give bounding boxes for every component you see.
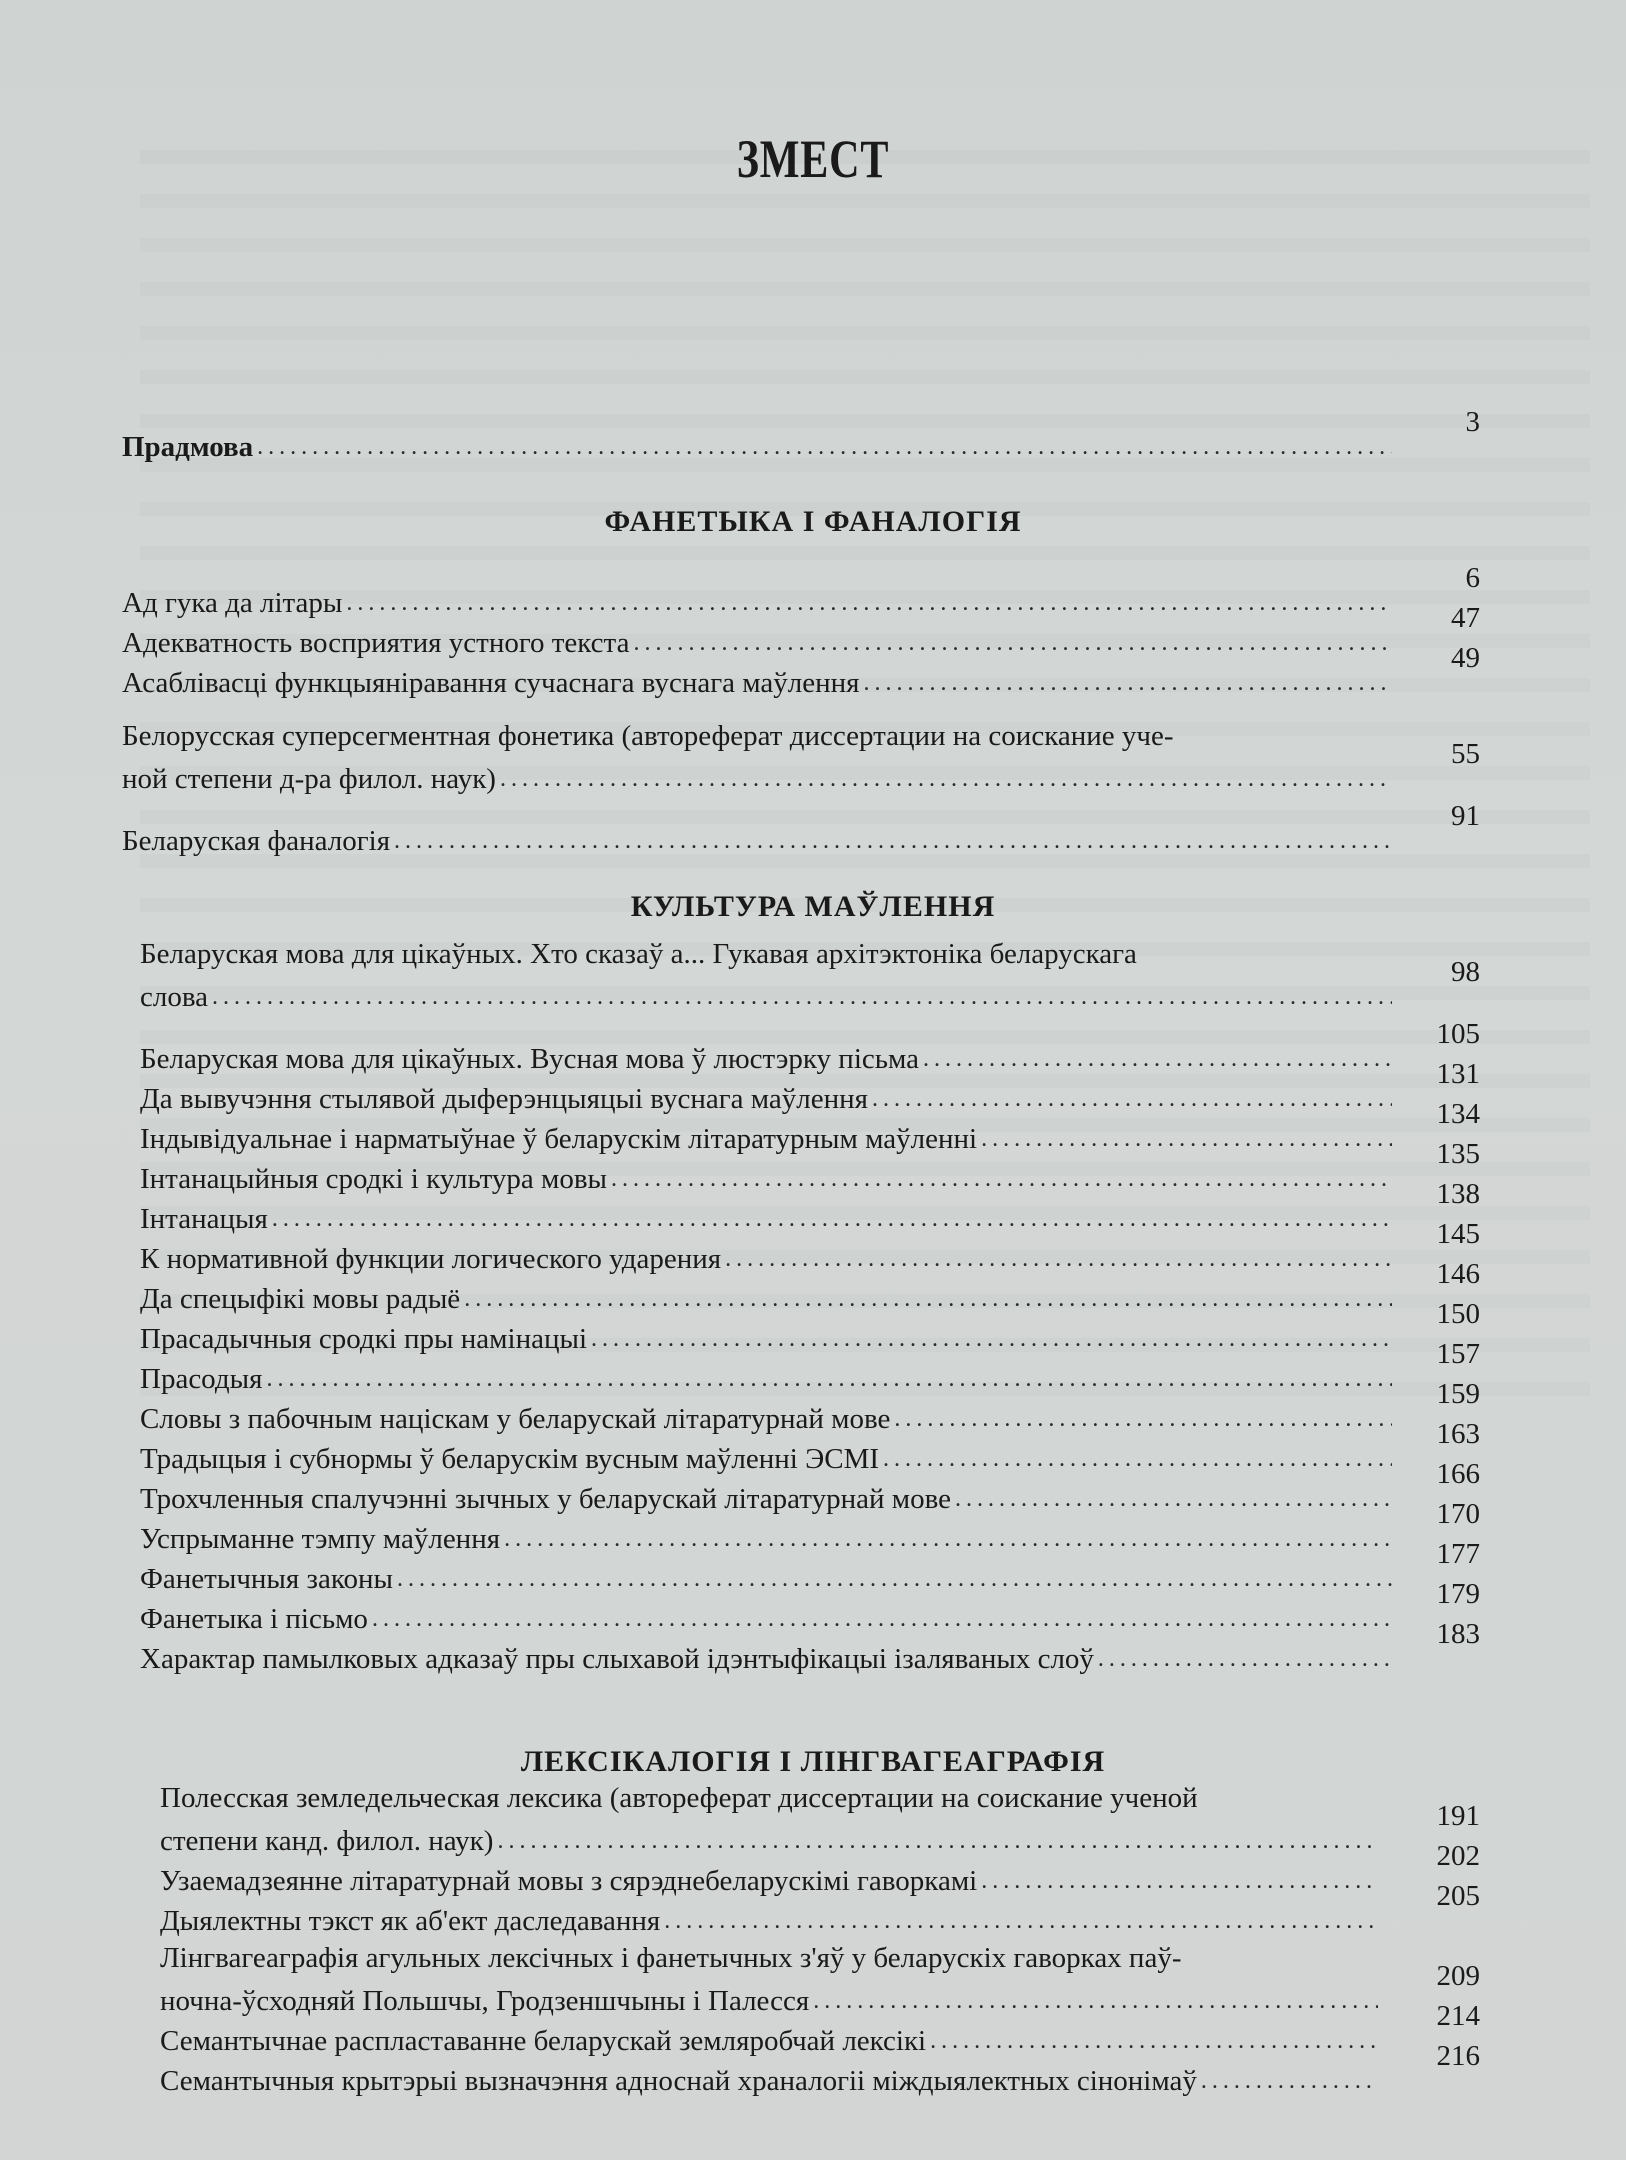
dot-leader xyxy=(1201,2062,1378,2100)
entry-title: Характар памылковых адказаў пры слыхавой… xyxy=(140,1640,1094,1678)
toc-entry[interactable]: слова xyxy=(140,978,1392,1016)
toc-entry[interactable]: Адекватность восприятия устного текста xyxy=(122,624,1392,662)
entry-title: Узаемадзеянне літаратурнай мовы з сярэдн… xyxy=(160,1862,977,1900)
entry-title: степени канд. филол. наук) xyxy=(160,1822,493,1860)
toc-entry[interactable]: степени канд. филол. наук) xyxy=(160,1822,1378,1860)
dot-leader xyxy=(894,1400,1392,1438)
entry-title: Трохчленныя спалучэнні зычных у беларуск… xyxy=(140,1480,951,1518)
toc-entry[interactable]: Узаемадзеянне літаратурнай мовы з сярэдн… xyxy=(160,1862,1378,1900)
dot-leader xyxy=(864,664,1393,702)
entry-title: Прадмова xyxy=(122,428,253,466)
page-number: 105 xyxy=(1400,1018,1480,1051)
dot-leader xyxy=(500,760,1392,798)
dot-leader xyxy=(981,1862,1378,1900)
entry-title: Беларуская мова для цікаўных. Вусная мов… xyxy=(140,1040,919,1078)
toc-entry[interactable]: ной степени д-ра филол. наук) xyxy=(122,760,1392,798)
dot-leader xyxy=(611,1160,1392,1198)
dot-leader xyxy=(664,1902,1378,1940)
entry-title-line: Белорусская суперсегментная фонетика (ав… xyxy=(122,720,1174,753)
entry-title: Індывідуальнае і нарматыўнае ў беларускі… xyxy=(140,1120,977,1158)
dot-leader xyxy=(397,1560,1392,1598)
toc-entry[interactable]: Дыялектны тэкст як аб'ект даследавання xyxy=(160,1902,1378,1940)
entry-title: Фанетычныя законы xyxy=(140,1560,393,1598)
entry-title: К нормативной функции логического ударен… xyxy=(140,1240,721,1278)
page-number: 138 xyxy=(1400,1178,1480,1211)
page-number: 166 xyxy=(1400,1458,1480,1491)
dot-leader xyxy=(497,1822,1378,1860)
toc-entry[interactable]: Прасадычныя сродкі пры намінацыі xyxy=(140,1320,1392,1358)
dot-leader xyxy=(872,1080,1392,1118)
page-number: 191 xyxy=(1400,1800,1480,1833)
toc-entry[interactable]: ночна-ўсходняй Польшчы, Гродзеншчыны і П… xyxy=(160,1982,1378,2020)
page-number: 170 xyxy=(1400,1498,1480,1531)
dot-leader xyxy=(923,1040,1392,1078)
page-title: ЗМЕСТ xyxy=(179,128,1447,190)
toc-entry[interactable]: Словы з пабочным націскам у беларускай л… xyxy=(140,1400,1392,1438)
toc-entry[interactable]: Фанетычныя законы xyxy=(140,1560,1392,1598)
dot-leader xyxy=(591,1320,1392,1358)
page-number: 55 xyxy=(1400,738,1480,771)
entry-title: Прасодыя xyxy=(140,1360,262,1398)
dot-leader xyxy=(257,428,1392,466)
entry-title: Семантычныя крытэрыі вызначэння адноснай… xyxy=(160,2062,1197,2100)
toc-entry[interactable]: Да спецыфікі мовы радыё xyxy=(140,1280,1392,1318)
page-number: 131 xyxy=(1400,1058,1480,1091)
entry-title: Адекватность восприятия устного текста xyxy=(122,624,629,662)
page-number: 163 xyxy=(1400,1418,1480,1451)
entry-title: Успрыманне тэмпу маўлення xyxy=(140,1520,500,1558)
dot-leader xyxy=(930,2022,1378,2060)
page-number: 98 xyxy=(1400,956,1480,989)
dot-leader xyxy=(464,1280,1392,1318)
dot-leader xyxy=(813,1982,1378,2020)
entry-title: Прасадычныя сродкі пры намінацыі xyxy=(140,1320,587,1358)
dot-leader xyxy=(955,1480,1392,1518)
entry-title-line: Лінгвагеаграфія агульных лексічных і фан… xyxy=(160,1942,1182,1975)
toc-entry[interactable]: Ад гука да літары xyxy=(122,584,1392,622)
toc-entry[interactable]: Індывідуальнае і нарматыўнае ў беларускі… xyxy=(140,1120,1392,1158)
dot-leader xyxy=(272,1200,1392,1238)
toc-entry[interactable]: Характар памылковых адказаў пры слыхавой… xyxy=(140,1640,1392,1678)
entry-title: Да спецыфікі мовы радыё xyxy=(140,1280,460,1318)
page-number: 183 xyxy=(1400,1618,1480,1651)
page-number: 91 xyxy=(1400,800,1480,833)
toc-entry[interactable]: Семантычныя крытэрыі вызначэння адноснай… xyxy=(160,2062,1378,2100)
dot-leader xyxy=(504,1520,1392,1558)
entry-title: ной степени д-ра филол. наук) xyxy=(122,760,496,798)
section-heading: ФАНЕТЫКА І ФАНАЛОГІЯ xyxy=(0,505,1626,539)
page-number: 205 xyxy=(1400,1880,1480,1913)
toc-entry[interactable]: Фанетыка і пісьмо xyxy=(140,1600,1392,1638)
page-number: 146 xyxy=(1400,1258,1480,1291)
entry-title-line: Полесская земледельческая лексика (автор… xyxy=(160,1782,1198,1815)
page-number: 177 xyxy=(1400,1538,1480,1571)
toc-entry[interactable]: К нормативной функции логического ударен… xyxy=(140,1240,1392,1278)
page-number: 145 xyxy=(1400,1218,1480,1251)
toc-entry[interactable]: Да вывучэння стылявой дыферэнцыяцыі вусн… xyxy=(140,1080,1392,1118)
section-heading: ЛЕКСІКАЛОГІЯ І ЛІНГВАГЕАГРАФІЯ xyxy=(0,1745,1626,1779)
dot-leader xyxy=(981,1120,1392,1158)
entry-title: Словы з пабочным націскам у беларускай л… xyxy=(140,1400,890,1438)
entry-title: Фанетыка і пісьмо xyxy=(140,1600,368,1638)
toc-entry[interactable]: Традыцыя і субнормы ў беларускім вусным … xyxy=(140,1440,1392,1478)
page-number: 159 xyxy=(1400,1378,1480,1411)
dot-leader xyxy=(883,1440,1392,1478)
entry-title: Семантычнае распластаванне беларускай зе… xyxy=(160,2022,926,2060)
page-number: 216 xyxy=(1400,2040,1480,2073)
page-number: 209 xyxy=(1400,1960,1480,1993)
toc-entry[interactable]: Успрыманне тэмпу маўлення xyxy=(140,1520,1392,1558)
page-number: 49 xyxy=(1400,642,1480,675)
entry-title: Дыялектны тэкст як аб'ект даследавання xyxy=(160,1902,660,1940)
page-number: 202 xyxy=(1400,1840,1480,1873)
page-number: 150 xyxy=(1400,1298,1480,1331)
toc-entry[interactable]: Прадмова xyxy=(122,428,1392,466)
page-number: 157 xyxy=(1400,1338,1480,1371)
page-number: 135 xyxy=(1400,1138,1480,1171)
dot-leader xyxy=(212,978,1392,1016)
dot-leader xyxy=(266,1360,1392,1398)
page-number: 47 xyxy=(1400,602,1480,635)
entry-title: Асаблівасці функцыяніравання сучаснага в… xyxy=(122,664,860,702)
toc-entry[interactable]: Беларуская фаналогія xyxy=(122,822,1392,860)
toc-entry[interactable]: Прасодыя xyxy=(140,1360,1392,1398)
page-number: 6 xyxy=(1400,562,1480,595)
dot-leader xyxy=(725,1240,1392,1278)
dot-leader xyxy=(346,584,1392,622)
entry-title: Традыцыя і субнормы ў беларускім вусным … xyxy=(140,1440,879,1478)
page-number: 179 xyxy=(1400,1578,1480,1611)
toc-entry[interactable]: Семантычнае распластаванне беларускай зе… xyxy=(160,2022,1378,2060)
toc-entry[interactable]: Інтанацыйныя сродкі і культура мовы xyxy=(140,1160,1392,1198)
dot-leader xyxy=(372,1600,1392,1638)
entry-title: Беларуская фаналогія xyxy=(122,822,390,860)
section-heading: КУЛЬТУРА МАЎЛЕННЯ xyxy=(0,890,1626,924)
toc-entry[interactable]: Інтанацыя xyxy=(140,1200,1392,1238)
dot-leader xyxy=(1098,1640,1392,1678)
entry-title: ночна-ўсходняй Польшчы, Гродзеншчыны і П… xyxy=(160,1982,809,2020)
dot-leader xyxy=(633,624,1392,662)
entry-title: Ад гука да літары xyxy=(122,584,342,622)
toc-entry[interactable]: Беларуская мова для цікаўных. Вусная мов… xyxy=(140,1040,1392,1078)
entry-title: Да вывучэння стылявой дыферэнцыяцыі вусн… xyxy=(140,1080,868,1118)
entry-title: Інтанацыйныя сродкі і культура мовы xyxy=(140,1160,607,1198)
entry-title-line: Беларуская мова для цікаўных. Хто сказаў… xyxy=(140,938,1137,971)
toc-entry[interactable]: Асаблівасці функцыяніравання сучаснага в… xyxy=(122,664,1392,702)
page-number: 134 xyxy=(1400,1098,1480,1131)
toc-entry[interactable]: Трохчленныя спалучэнні зычных у беларуск… xyxy=(140,1480,1392,1518)
entry-title: слова xyxy=(140,978,208,1016)
dot-leader xyxy=(394,822,1392,860)
entry-title: Інтанацыя xyxy=(140,1200,268,1238)
page-number: 214 xyxy=(1400,2000,1480,2033)
page-number: 3 xyxy=(1400,406,1480,439)
